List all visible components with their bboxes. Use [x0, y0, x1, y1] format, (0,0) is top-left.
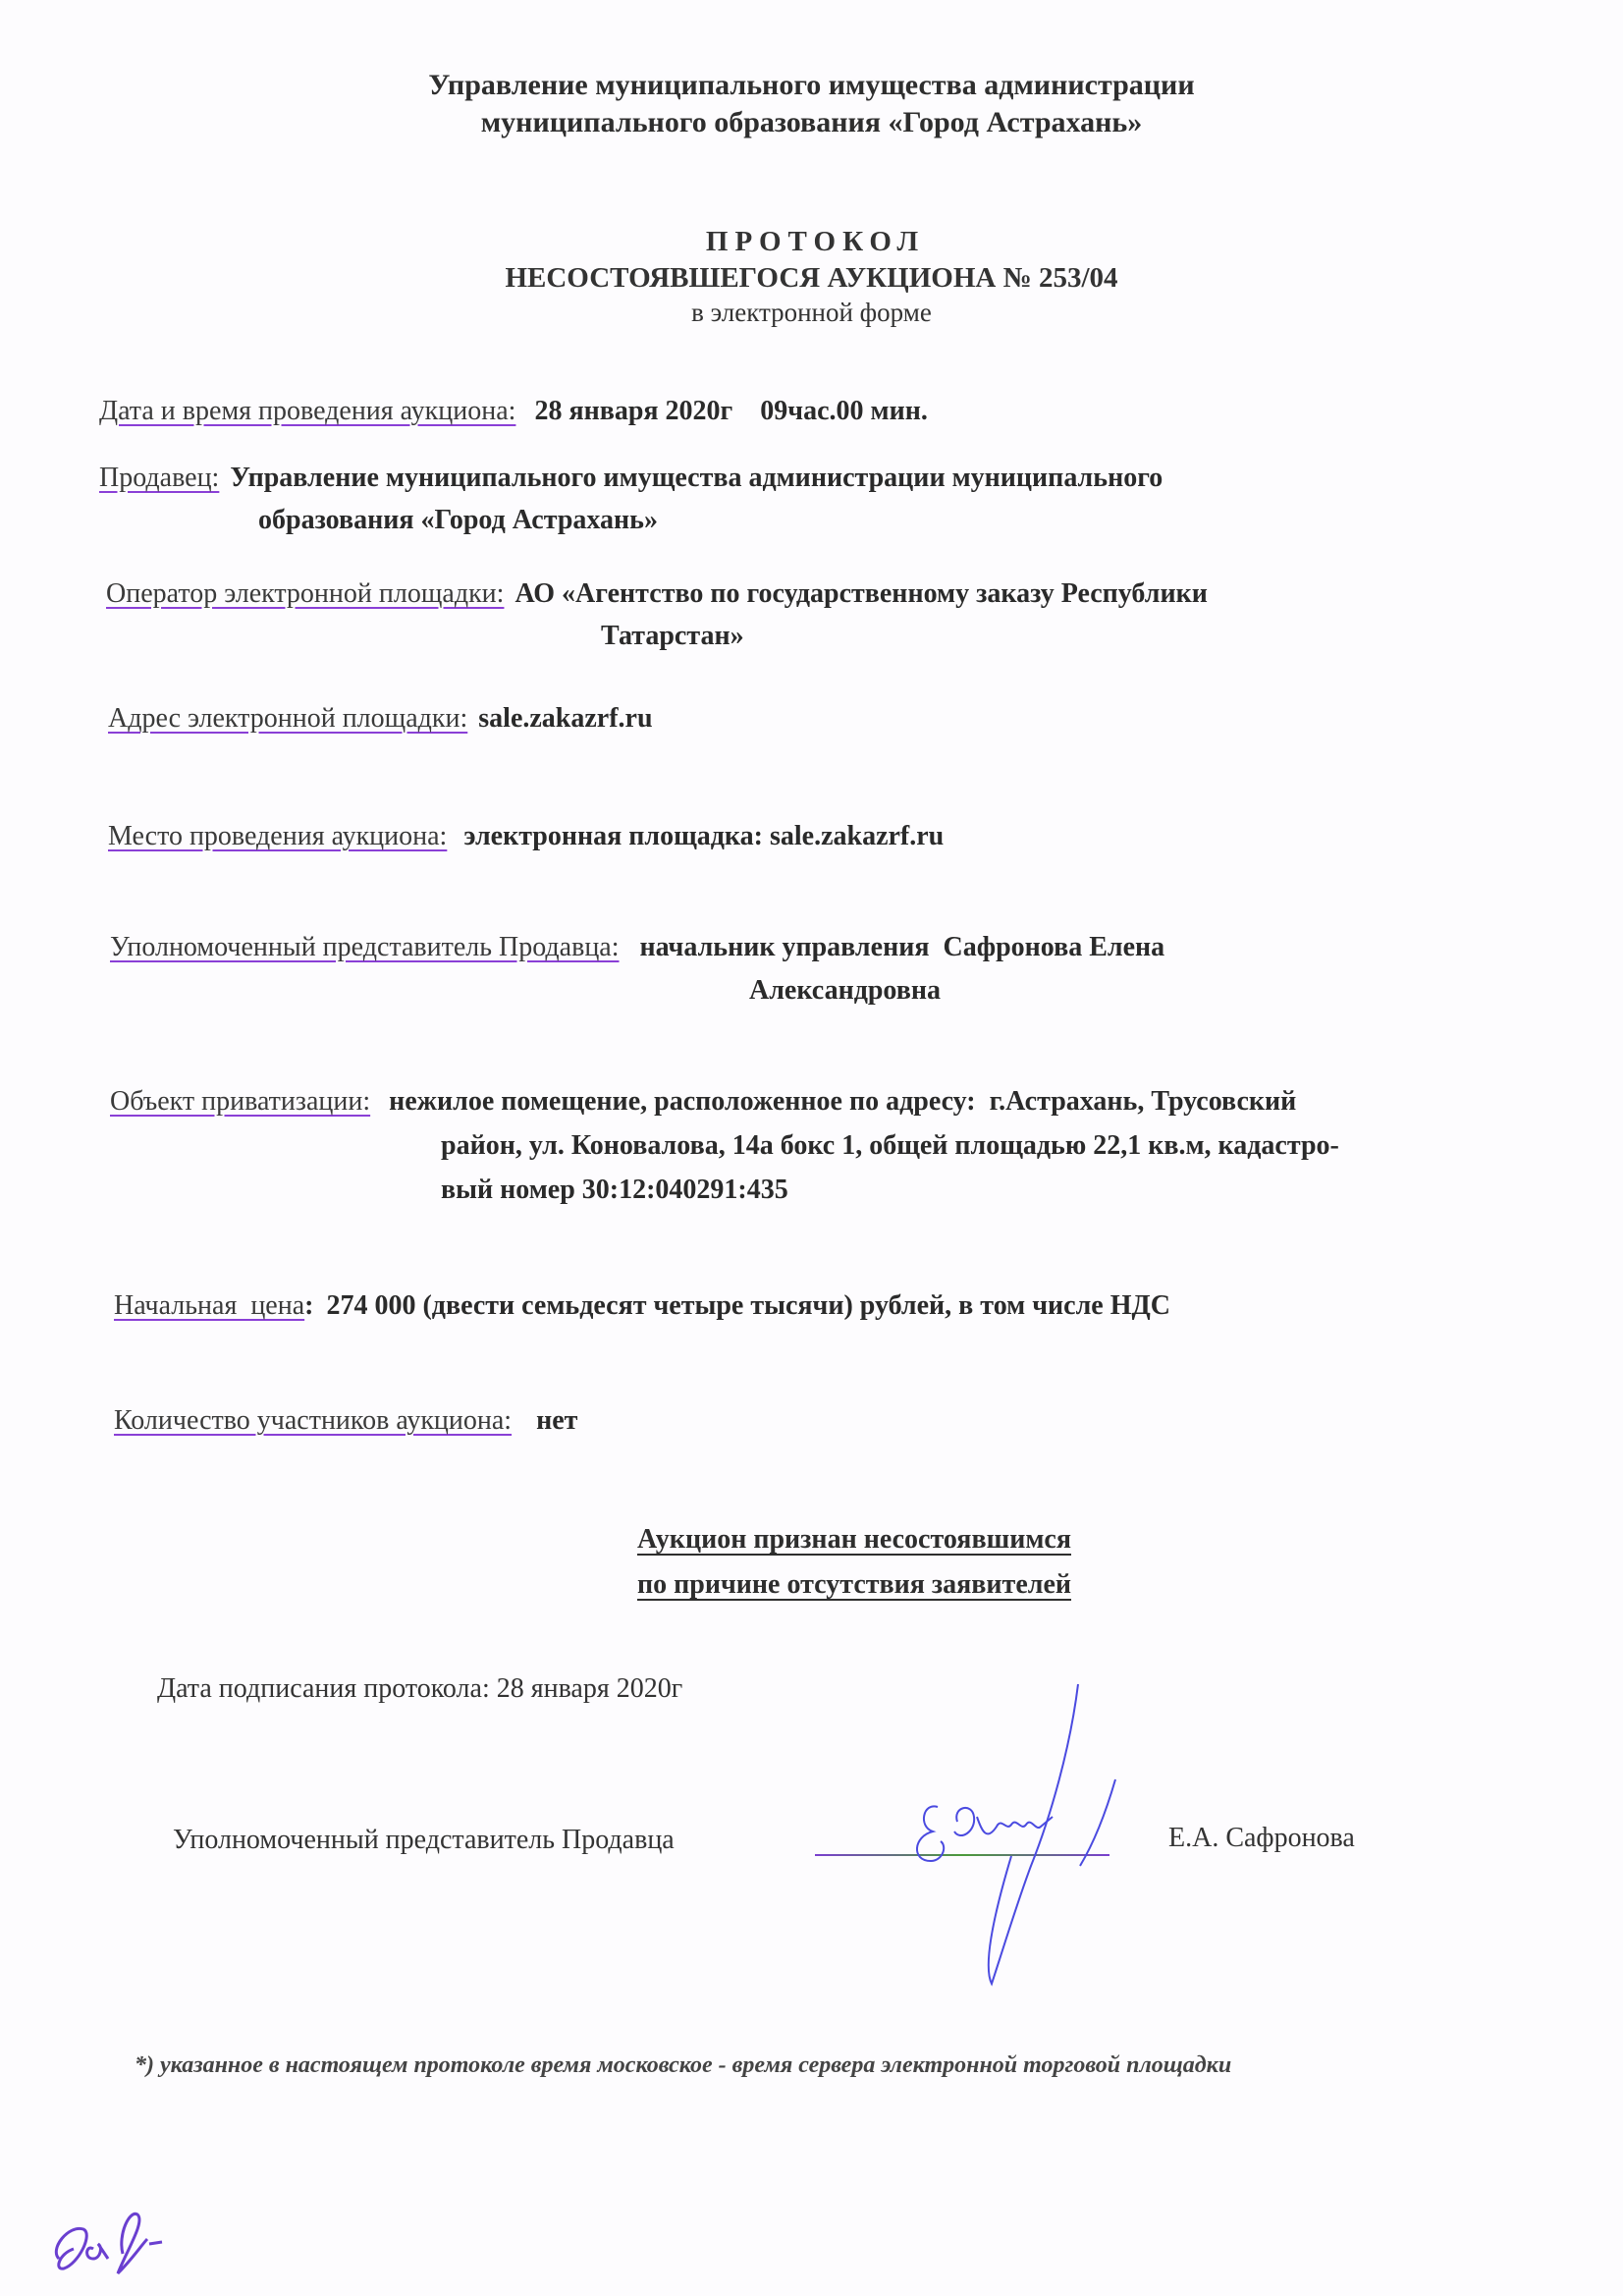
signature-icon	[884, 1669, 1178, 1994]
field-operator: Оператор электронной площадки: АО «Агент…	[106, 573, 1208, 616]
document-subtitle: НЕСОСТОЯВШЕГОСЯ АУКЦИОНА № 253/04	[0, 261, 1623, 295]
field-platform-address: Адрес электронной площадки: sale.zakazrf…	[108, 697, 653, 740]
platform-address-value: sale.zakazrf.ru	[478, 703, 652, 734]
participants-label: Количество участников аукциона:	[114, 1405, 512, 1436]
start-price-colon: :	[304, 1290, 313, 1321]
object-value-line2: район, ул. Коновалова, 14а бокс 1, общей…	[441, 1130, 1339, 1161]
result-line1: Аукцион признан несостоявшимся	[589, 1517, 1119, 1562]
signing-date: Дата подписания протокола: 28 января 202…	[157, 1673, 682, 1705]
start-price-value: 274 000 (двести семьдесят четыре тысячи)…	[326, 1290, 1170, 1321]
object-value-line3: вый номер 30:12:040291:435	[441, 1175, 788, 1205]
initials-icon	[39, 2200, 167, 2288]
result-line2: по причине отсутствия заявителей	[589, 1562, 1119, 1608]
start-price-label: Начальная цена	[114, 1290, 304, 1321]
participants-value: нет	[536, 1405, 577, 1436]
field-venue: Место проведения аукциона: электронная п…	[108, 815, 944, 858]
footnote: *) указанное в настоящем протоколе время…	[135, 2052, 1231, 2079]
document-title: ПРОТОКОЛ	[0, 225, 1623, 258]
signer-name: Е.А. Сафронова	[1168, 1823, 1355, 1854]
representative-label: Уполномоченный представитель Продавца:	[110, 932, 620, 962]
venue-label: Место проведения аукциона:	[108, 821, 447, 851]
representative-value-line2: Александровна	[749, 975, 941, 1006]
operator-label: Оператор электронной площадки:	[106, 578, 504, 609]
seller-label: Продавец:	[99, 463, 219, 493]
representative-value-line1: начальник управления Сафронова Елена	[640, 932, 1165, 962]
field-participants: Количество участников аукциона: нет	[114, 1399, 577, 1443]
seller-value-line1: Управление муниципального имущества адми…	[230, 463, 1163, 493]
object-value-line1: нежилое помещение, расположенное по адре…	[389, 1086, 1296, 1117]
date-time-label: Дата и время проведения аукциона:	[99, 396, 515, 426]
date-time-value: 28 января 2020г 09час.00 мин.	[534, 396, 927, 426]
org-header-line2: муниципального образования «Город Астрах…	[0, 104, 1623, 141]
operator-value-line1: АО «Агентство по государственному заказу…	[514, 578, 1207, 609]
seller-value-line2: образования «Город Астрахань»	[258, 505, 658, 535]
document-form-note: в электронной форме	[0, 297, 1623, 328]
field-representative: Уполномоченный представитель Продавца: н…	[110, 926, 1164, 969]
object-label: Объект приватизации:	[110, 1086, 370, 1117]
org-header-line1: Управление муниципального имущества адми…	[0, 67, 1623, 104]
field-object: Объект приватизации: нежилое помещение, …	[110, 1080, 1296, 1123]
operator-value-line2: Татарстан»	[601, 621, 744, 651]
field-start-price: Начальная цена: 274 000 (двести семьдеся…	[114, 1285, 1170, 1328]
venue-value: электронная площадка: sale.zakazrf.ru	[463, 821, 944, 851]
field-date-time: Дата и время проведения аукциона: 28 янв…	[99, 390, 928, 433]
field-seller: Продавец: Управление муниципального имущ…	[99, 457, 1163, 500]
signing-rep-label: Уполномоченный представитель Продавца	[173, 1825, 675, 1856]
auction-result: Аукцион признан несостоявшимся по причин…	[589, 1517, 1119, 1608]
platform-address-label: Адрес электронной площадки:	[108, 703, 467, 734]
